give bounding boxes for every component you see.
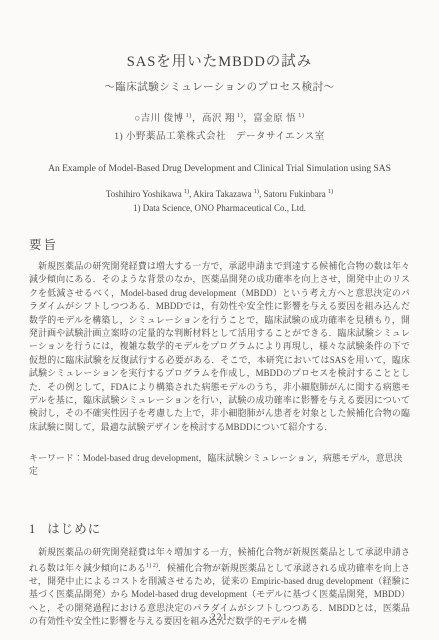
paper-subtitle-japanese: ～臨床試験シミュレーションのプロセス検討～	[29, 79, 410, 94]
section-1-heading: 1はじめに	[29, 519, 410, 537]
author-separator: ，	[243, 114, 253, 124]
page-number: 221	[0, 613, 439, 623]
citation-superscript: 1) 2)	[146, 563, 158, 569]
author-separator: ，	[192, 114, 202, 124]
keywords-list: Model-based drug development，臨床試験シミュレーショ…	[29, 453, 403, 476]
authors-japanese: ○吉川 俊博1)，高沢 翔1)，富金原 悟1)	[29, 110, 410, 124]
abstract-heading: 要旨	[29, 235, 410, 253]
paper-title-japanese: SASを用いたMBDDの試み	[29, 50, 410, 71]
section-1-number: 1	[29, 522, 35, 536]
abstract-text: 新規医薬品の研究開発経費は増大する一方で，承認申請まで到達する候補化合物の数は年…	[29, 260, 410, 434]
affiliation-japanese: 1) 小野薬品工業株式会社 データサイエンス室	[29, 128, 410, 142]
keywords-label: キーワード：	[29, 453, 83, 463]
author-en-3-name: Satoru Fukinbara	[264, 189, 326, 199]
author-jp-3-affiliation-mark: 1)	[298, 112, 304, 119]
paper-title-english: An Example of Model-Based Drug Developme…	[29, 164, 410, 174]
author-en-1-name: Toshihiro Yoshikawa	[106, 189, 182, 199]
paper-page: SASを用いたMBDDの試み ～臨床試験シミュレーションのプロセス検討～ ○吉川…	[0, 0, 439, 640]
author-en-3-affiliation-mark: 1)	[328, 188, 333, 195]
author-jp-3-name: 富金原 悟	[253, 114, 296, 124]
keywords-line: キーワード：Model-based drug development，臨床試験シ…	[29, 451, 410, 477]
affiliation-english: 1) Data Science, ONO Pharmaceutical Co.,…	[29, 203, 410, 213]
author-jp-1-name: ○吉川 俊博	[134, 114, 183, 124]
section-1-title: はじめに	[47, 522, 101, 536]
author-en-2-name: Akira Takazawa	[193, 189, 251, 199]
author-jp-2-name: 高沢 翔	[202, 114, 235, 124]
authors-english: Toshihiro Yoshikawa1), Akira Takazawa1),…	[29, 188, 410, 199]
